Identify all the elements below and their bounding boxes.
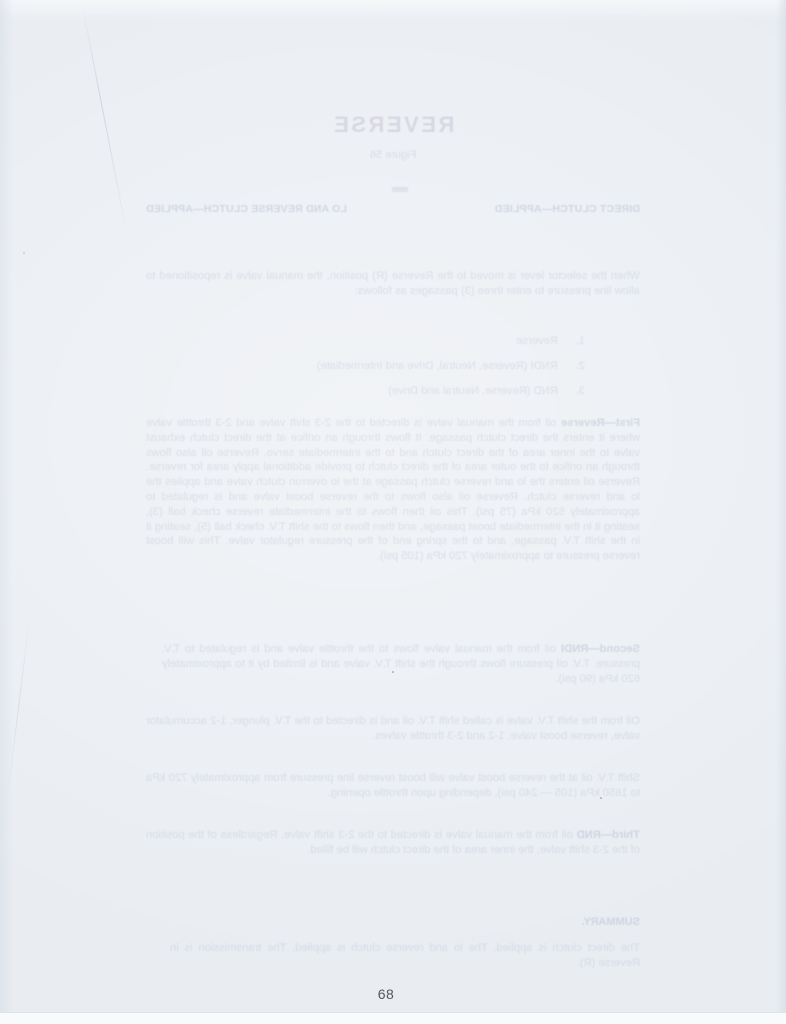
bleedthrough-paragraph-shift-tv: Oil from the shift T.V. valve is called … [146,714,640,744]
bleedthrough-intro-paragraph: When the selector lever is moved to the … [146,269,640,299]
bleedthrough-paragraph-second: Second—RNDI oil from the manual valve fl… [162,642,640,686]
page-number: 68 [331,986,441,1002]
bleedthrough-small-mark [392,187,408,192]
list-item: 3. RND (Reverse, Neutral and Drive) [91,379,585,404]
paper-crease [82,6,129,242]
bleedthrough-headings-row: DIRECT CLUTCH—APPLIED LO AND REVERSE CLU… [146,203,640,215]
paper-crease [7,610,31,799]
bleedthrough-heading-left: DIRECT CLUTCH—APPLIED [495,203,640,215]
scan-bottom-edge [0,1012,786,1024]
bleedthrough-paragraph-first: First—Reverse oil from the manual valve … [146,416,640,564]
list-item: 2. RNDI (Reverse, Neutral, Drive and Int… [91,354,585,379]
bleedthrough-title: REVERSE [146,112,640,138]
bleedthrough-summary-heading: SUMMARY. [146,916,640,928]
bleedthrough-paragraph-third: Third—RND oil from the manual valve is d… [146,828,640,858]
bleedthrough-heading-right: LO AND REVERSE CLUTCH—APPLIED [146,203,347,215]
list-item: 1. Reverse [91,329,585,354]
bleed-through-layer: REVERSE Figure 56 DIRECT CLUTCH—APPLIED … [146,0,640,1024]
paper-speck [23,252,25,254]
paper-speck [600,797,602,799]
bleedthrough-summary-paragraph: The direct clutch is applied. The lo and… [170,941,640,971]
bleedthrough-paragraph-boost: Shift T.V. oil at the reverse boost valv… [146,771,640,801]
bleedthrough-figure-caption: Figure 56 [146,149,640,161]
paper-speck [392,671,394,673]
bleedthrough-numbered-list: 1. Reverse 2. RNDI (Reverse, Neutral, Dr… [91,329,640,404]
scanned-page: REVERSE Figure 56 DIRECT CLUTCH—APPLIED … [0,0,786,1024]
